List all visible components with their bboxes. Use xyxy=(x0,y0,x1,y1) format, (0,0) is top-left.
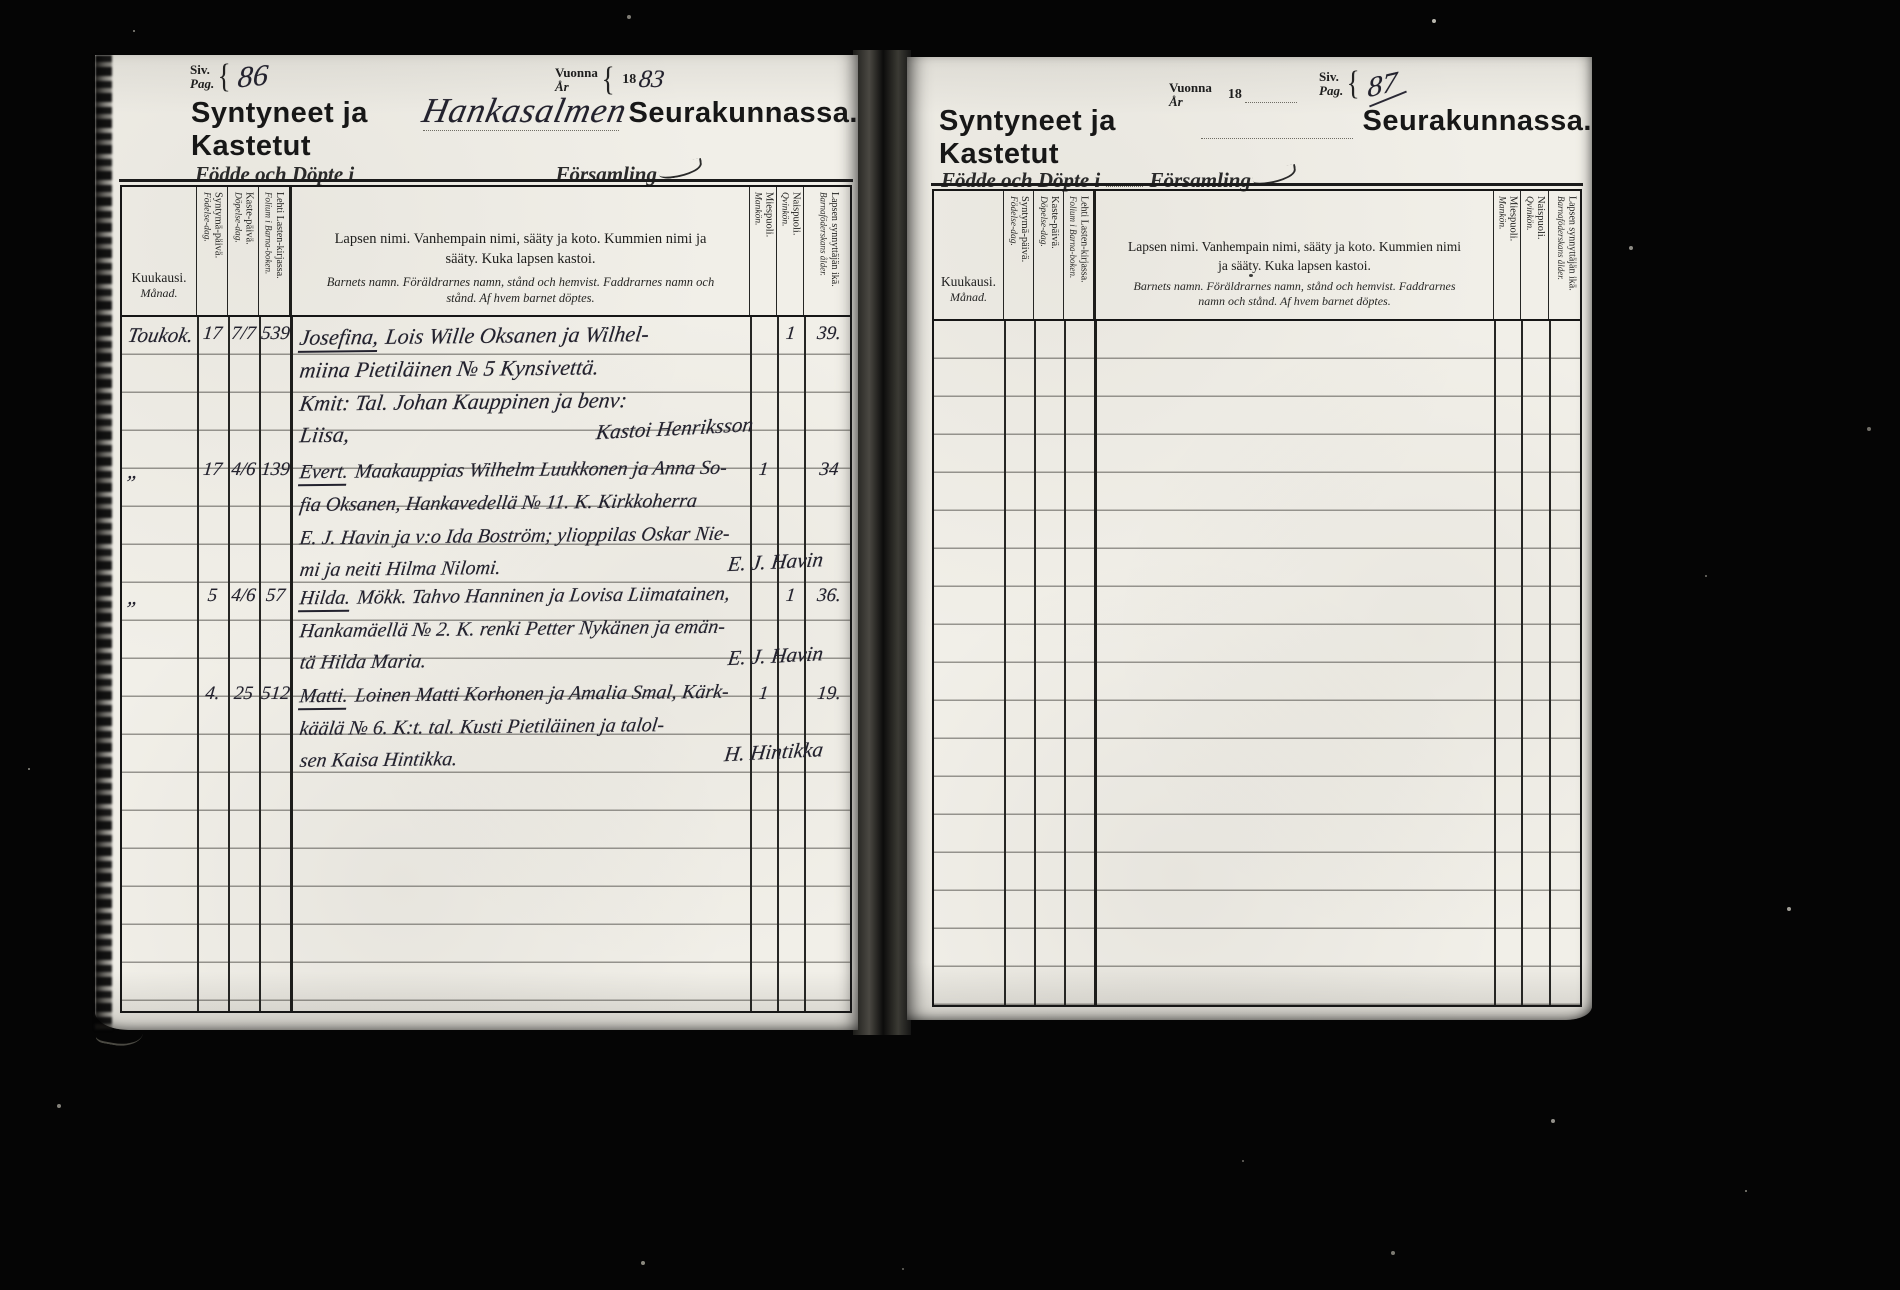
register-table: Kuukausi. Månad. Syntymä-päivä.Födelse-d… xyxy=(120,185,852,1013)
child-name: Josefina, xyxy=(298,324,381,353)
page-number-block: Siv. Pag. { 86 xyxy=(190,58,268,96)
entry-month: Toukok. xyxy=(126,323,200,348)
entry-mother-age: 36. xyxy=(803,585,855,607)
dotted-fill-line xyxy=(360,159,549,181)
entry-text: Maakauppias Wilhelm Luukkonen ja Anna So… xyxy=(354,457,729,483)
entry-month: „ xyxy=(126,585,200,610)
table-header-row: Kuukausi. Månad. Syntymä-päivä.Födelse-d… xyxy=(122,187,850,317)
register-entry: Toukok. 17 7/7 539 Josefina,Lois Wille O… xyxy=(122,323,854,463)
officiant-signature: E. J. Havin xyxy=(519,641,824,682)
entry-male-tally: 1 xyxy=(749,459,778,481)
register-entry: „ 17 4/6 139 Evert.Maakauppias Wilhelm L… xyxy=(122,459,854,599)
column-header-mother-age: Lapsen synnyttäjän ikä.Barnaföderskans å… xyxy=(804,187,854,315)
scanned-register-spread: Siv. Pag. { 86 Vuonna År { 18 83 Syntyne… xyxy=(0,0,1900,1290)
column-divider xyxy=(1034,321,1036,1005)
vuonna-label: Vuonna xyxy=(1169,81,1212,95)
entry-text-line: Liisa, xyxy=(298,422,351,449)
handwritten-page-number: 87 xyxy=(1367,65,1397,104)
brace-glyph: { xyxy=(218,58,231,96)
register-entry: 4. 25 512 Matti.Loinen Matti Korhonen ja… xyxy=(122,683,854,823)
register-page-right: Vuonna År 18 Siv. Pag. { 87 Syntyneet ja… xyxy=(907,57,1592,1020)
parish-name-slot xyxy=(1201,105,1353,139)
column-header-baptism-day: Kaste-päivä.Döpelse-dag. xyxy=(228,187,259,315)
scan-edge-noise xyxy=(95,55,112,1030)
entry-mother-age: 39. xyxy=(803,323,855,345)
entry-birth-day: 17 xyxy=(196,323,229,345)
entry-baptism-day: 7/7 xyxy=(227,323,260,345)
child-name: Hilda. xyxy=(298,587,352,613)
pag-label: Pag. xyxy=(1319,84,1343,98)
entry-text-line: mi ja neiti Hilma Nilomi. xyxy=(298,557,502,582)
column-header-female: Naispuoli.Qvinkön. xyxy=(1521,191,1549,319)
year-printed-prefix: 18 xyxy=(622,72,636,88)
siv-label: Siv. xyxy=(1319,70,1343,84)
entry-text-line: Hilda.Mökk. Tahvo Hanninen ja Lovisa Lii… xyxy=(298,583,731,610)
entry-text-line: Kmit: Tal. Johan Kauppinen ja benv: xyxy=(298,387,629,416)
column-divider xyxy=(1521,321,1523,1005)
entry-month: „ xyxy=(126,459,200,484)
entry-text-line: sen Kaisa Hintikka. xyxy=(298,748,458,773)
title-post: Seurakunnassa. xyxy=(1363,105,1592,138)
handwritten-year: 83 xyxy=(637,66,666,94)
year-printed-prefix: 18 xyxy=(1228,87,1242,103)
page-corner-curl xyxy=(95,1014,145,1050)
entry-text-line: käälä № 6. K:t. tal. Kusti Pietiläinen j… xyxy=(298,714,665,741)
pen-flourish xyxy=(658,158,704,180)
title-pre: Syntyneet ja Kastetut xyxy=(191,97,413,163)
column-header-main: Lapsen nimi. Vanhempain nimi, sääty ja k… xyxy=(292,187,750,315)
page-subtitle: Födde och Döpte i Församling xyxy=(195,159,703,187)
entry-baptism-day: 4/6 xyxy=(227,585,260,607)
entry-baptism-day: 4/6 xyxy=(227,459,260,481)
entry-text-line: tä Hilda Maria. xyxy=(298,650,427,674)
entry-text-line: Josefina,Lois Wille Oksanen ja Wilhel- xyxy=(298,321,650,351)
column-header-folio: Lehti Lasten-kirjassa.Folium i Barna-bok… xyxy=(259,187,292,315)
entry-baptism-day: 25 xyxy=(227,683,260,705)
table-body-ruled-rows xyxy=(934,321,1580,1005)
subtitle-pre: Födde och Döpte i xyxy=(195,162,354,187)
child-name: Matti. xyxy=(298,685,350,711)
entry-folio: 139 xyxy=(258,459,293,481)
entry-text: Mökk. Tahvo Hanninen ja Lovisa Liimatain… xyxy=(356,583,731,609)
entry-text: Loinen Matti Korhonen ja Amalia Smal, Kä… xyxy=(354,681,731,707)
entry-female-tally: 1 xyxy=(776,585,805,607)
page-title: Syntyneet ja Kastetut Seurakunnassa. xyxy=(939,105,1592,171)
column-header-male: Miespuoli.Mankön. xyxy=(750,187,777,315)
column-divider xyxy=(1064,321,1066,1005)
handwritten-page-number: 86 xyxy=(236,59,269,96)
entry-folio: 512 xyxy=(258,683,293,705)
column-header-month: Kuukausi. Månad. xyxy=(934,191,1004,319)
title-post: Seurakunnassa. xyxy=(629,97,858,130)
officiant-signature: Kastoi Henriksson xyxy=(449,412,754,453)
entry-text-line: Evert.Maakauppias Wilhelm Luukkonen ja A… xyxy=(298,457,728,484)
page-number-block: Siv. Pag. { 87 xyxy=(1319,65,1408,103)
column-header-folio: Lehti Lasten-kirjassa.Folium i Barna-bok… xyxy=(1064,191,1096,319)
entry-female-tally: 1 xyxy=(776,323,805,345)
parish-name-slot: Hankasalmen xyxy=(423,95,619,131)
officiant-signature: E. J. Havin xyxy=(519,547,824,588)
register-page-left: Siv. Pag. { 86 Vuonna År { 18 83 Syntyne… xyxy=(95,55,858,1030)
entry-text-line: Matti.Loinen Matti Korhonen ja Amalia Sm… xyxy=(298,681,730,708)
column-header-female: Naispuoli.Qvinkön. xyxy=(777,187,804,315)
column-divider xyxy=(1494,321,1496,1005)
entry-text: Lois Wille Oksanen ja Wilhel- xyxy=(384,321,650,349)
column-header-baptism-day: Kaste-päivä.Döpelse-dag. xyxy=(1034,191,1064,319)
ink-speck xyxy=(1249,274,1253,277)
subtitle-post: Församling xyxy=(555,162,657,187)
column-header-male: Miespuoli.Mankön. xyxy=(1494,191,1521,319)
scan-dust-specks xyxy=(0,0,2,2)
dotted-fill-line xyxy=(1245,86,1297,103)
entry-mother-age: 19. xyxy=(803,683,855,705)
column-divider xyxy=(1094,321,1097,1005)
entry-folio: 57 xyxy=(258,585,293,607)
entry-text-line: E. J. Havin ja v:o Ida Boström; ylioppil… xyxy=(298,523,731,550)
entry-birth-day: 5 xyxy=(196,585,229,607)
vuonna-label: Vuonna xyxy=(555,66,598,80)
entry-male-tally: 1 xyxy=(749,683,778,705)
entry-birth-day: 17 xyxy=(196,459,229,481)
column-divider xyxy=(1004,321,1006,1005)
column-header-main: Lapsen nimi. Vanhempain nimi, sääty ja k… xyxy=(1096,191,1494,319)
entry-text-line: fia Oksanen, Hankavedellä № 11. K. Kirkk… xyxy=(298,490,698,517)
pag-label: Pag. xyxy=(190,77,214,91)
register-table: Kuukausi. Månad. Syntymä-päivä.Födelse-d… xyxy=(932,189,1582,1007)
column-header-month: Kuukausi. Månad. xyxy=(122,187,197,315)
column-header-birth-day: Syntymä-päivä.Födelse-dag. xyxy=(1004,191,1034,319)
column-header-birth-day: Syntymä-päivä.Födelse-dag. xyxy=(197,187,228,315)
siv-label: Siv. xyxy=(190,63,214,77)
column-header-mother-age: Lapsen synnyttäjän ikä.Barnaföderskans å… xyxy=(1549,191,1584,319)
table-header-row: Kuukausi. Månad. Syntymä-päivä.Födelse-d… xyxy=(934,191,1580,321)
title-pre: Syntyneet ja Kastetut xyxy=(939,105,1191,171)
entry-birth-day: 4. xyxy=(196,683,229,705)
brace-glyph: { xyxy=(1347,65,1360,103)
officiant-signature: H. Hintikka xyxy=(519,737,824,778)
entry-folio: 539 xyxy=(258,323,293,345)
book-gutter xyxy=(853,50,911,1035)
page-title: Syntyneet ja Kastetut Hankasalmen Seurak… xyxy=(191,95,858,163)
child-name: Evert. xyxy=(298,461,350,487)
handwritten-parish-name: Hankasalmen xyxy=(419,95,629,127)
entry-text-line: miina Pietiläinen № 5 Kynsivettä. xyxy=(298,354,601,383)
column-divider xyxy=(1549,321,1551,1005)
entry-mother-age: 34 xyxy=(803,459,855,481)
entry-text-line: Hankamäellä № 2. K. renki Petter Nykänen… xyxy=(298,616,726,643)
